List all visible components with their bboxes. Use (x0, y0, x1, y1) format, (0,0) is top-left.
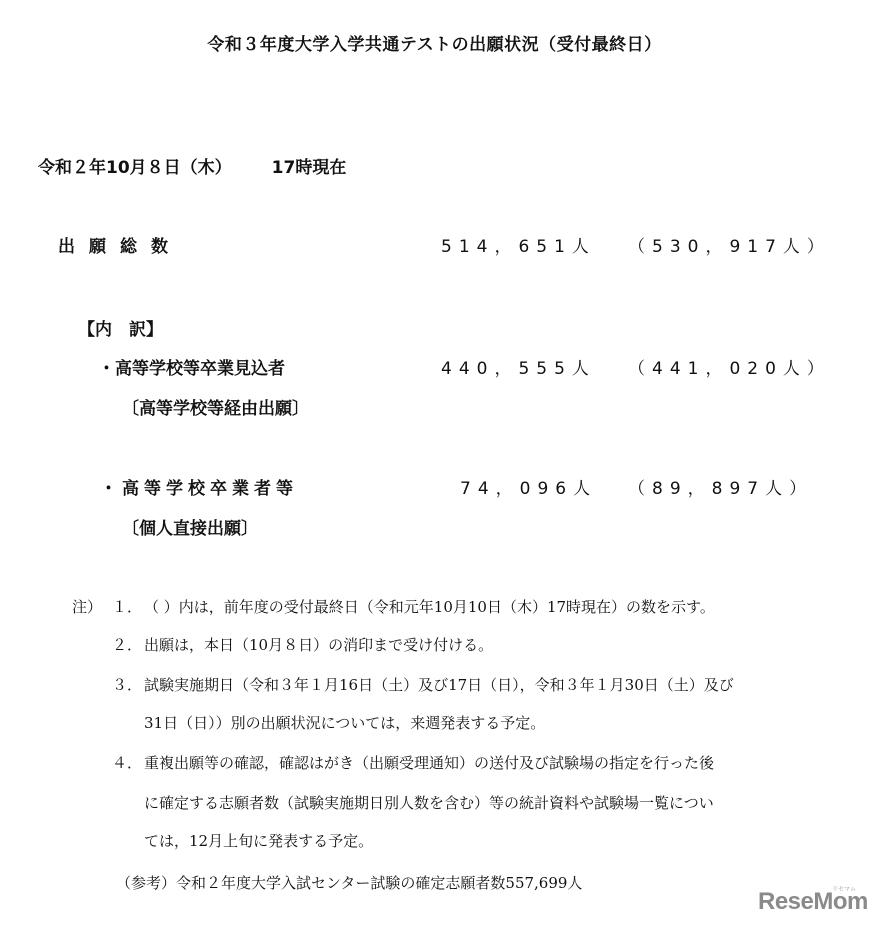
note-2-text: 出願は，本日（10月８日）の消印まで受け付ける。 (144, 634, 493, 655)
note-4-text-line-1: 重複出願等の確認，確認はがき（出願受理通知）の送付及び試験場の指定を行った後 (144, 752, 714, 773)
note-1-text: （ ）内は，前年度の受付最終日（令和元年10月10日（木）17時現在）の数を示す… (144, 596, 715, 617)
note-4-number: ４． (112, 752, 142, 773)
breakdown-item-expected-graduates-value: 440，555人 (441, 354, 596, 379)
notes-prefix: 注） (72, 596, 102, 617)
reference-note: （参考）令和２年度大学入試センター試験の確定志願者数557,699人 (116, 872, 582, 893)
note-2-number: ２． (112, 634, 142, 655)
note-1-number: １． (112, 596, 142, 617)
breakdown-item-graduates-previous: （89，897人） (628, 474, 813, 499)
as-of-date: 令和２年10月８日（木） (38, 158, 232, 178)
breakdown-item-expected-graduates-label: ・高等学校等卒業見込者 (98, 354, 285, 379)
breakdown-item-graduates-label: ・高等学校卒業者等 (100, 474, 298, 499)
breakdown-item-graduates-value: 74，096人 (460, 474, 597, 499)
note-3-text-line-1: 試験実施期日（令和３年１月16日（土）及び17日（日），令和３年１月30日（土）… (144, 674, 734, 695)
as-of-time: 17時現在 (272, 158, 347, 178)
resemom-watermark-logo: ReseMom (758, 888, 868, 916)
note-3-number: ３． (112, 674, 142, 695)
total-applicants-previous: （530，917人） (628, 232, 831, 257)
breakdown-item-expected-graduates-previous: （441，020人） (628, 354, 831, 379)
note-4-text-line-3: ては，12月上旬に発表する予定。 (144, 830, 373, 851)
note-3-text-line-2: 31日（日））別の出願状況については，来週発表する予定。 (144, 712, 545, 733)
as-of-datetime: 令和２年10月８日（木）17時現在 (38, 153, 346, 178)
breakdown-item-graduates-route: 〔個人直接出願〕 (122, 514, 258, 539)
breakdown-item-expected-graduates-route: 〔高等学校等経由出願〕 (122, 394, 309, 419)
breakdown-heading: 【内 訳】 (78, 315, 163, 340)
document-title: 令和３年度大学入学共通テストの出願状況（受付最終日） (0, 30, 869, 55)
total-applicants-label: 出願総数 (58, 232, 182, 257)
total-applicants-value: 514，651人 (441, 232, 596, 257)
note-4-text-line-2: に確定する志願者数（試験実施期日別人数を含む）等の統計資料や試験場一覧につい (144, 792, 714, 813)
